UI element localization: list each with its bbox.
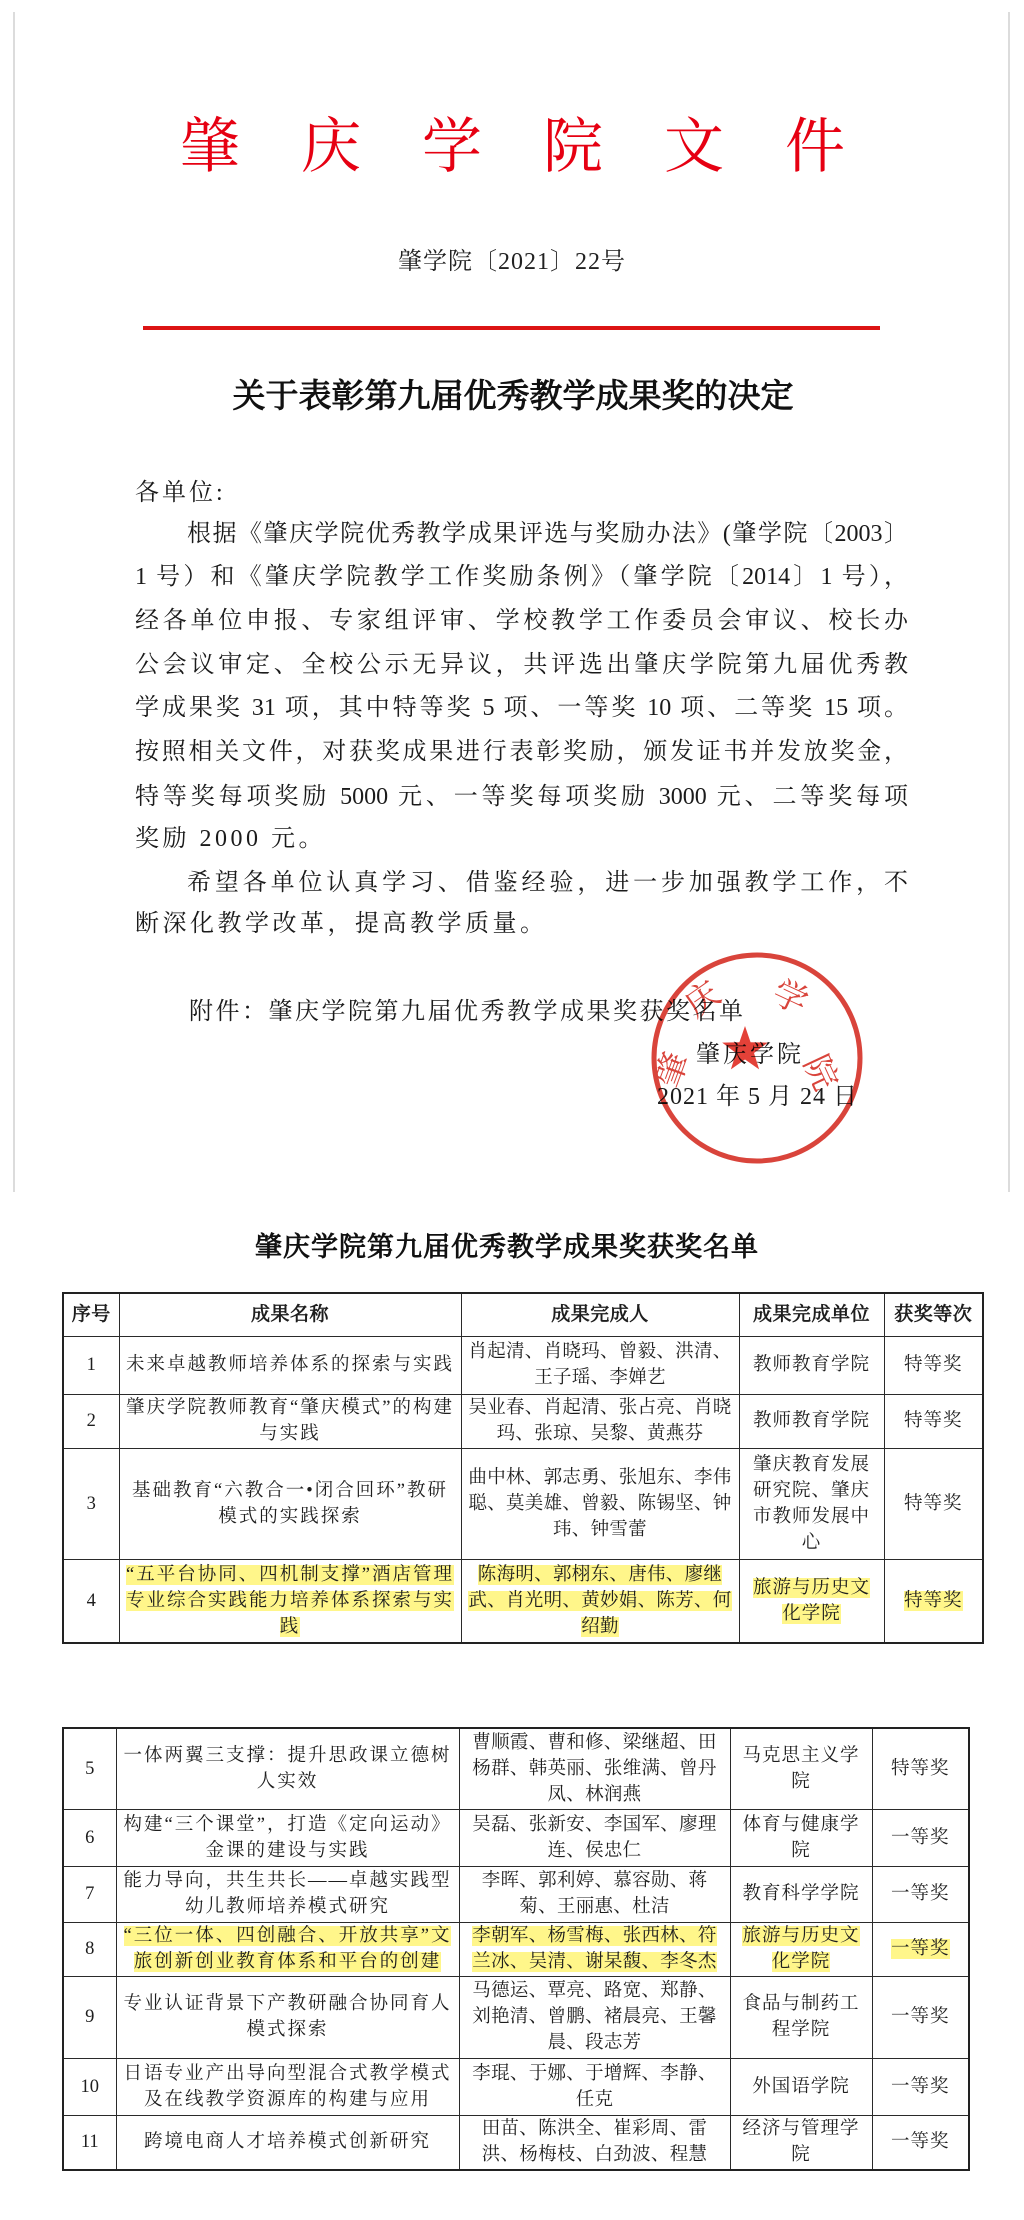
table-row: 7 能力导向，共生共长——卓越实践型幼儿教师培养模式研究 李晖、郭利婷、慕容勋、…: [63, 1866, 969, 1922]
award-table-part-1: 序号 成果名称 成果完成人 成果完成单位 获奖等次 1 未来卓越教师培养体系的探…: [62, 1292, 984, 1644]
paragraph-line: 经各单位申报、专家组评审、学校教学工作委员会审议、校长办: [135, 604, 908, 638]
cell-unit: 教师教育学院: [739, 1394, 884, 1448]
paragraph-line: 奖励 2000 元。: [135, 822, 326, 856]
paragraph-line: 1 号）和《肇庆学院教学工作奖励条例》（肇学院〔2014〕1 号），: [135, 560, 908, 594]
column-header-no: 序号: [63, 1293, 119, 1336]
cell-no: 4: [63, 1559, 119, 1643]
seal-star-icon: [722, 1026, 768, 1069]
table-row-highlighted: 4 “五平台协同、四机制支撑”酒店管理专业综合实践能力培养体系探索与实践 陈海明…: [63, 1559, 983, 1643]
cell-no: 8: [63, 1922, 116, 1976]
table-row: 5 一体两翼三支撑：提升思政课立德树人实效 曹顺霞、曹和修、梁继超、田杨群、韩英…: [63, 1728, 969, 1809]
red-divider-rule: [143, 326, 880, 330]
cell-name: “五平台协同、四机制支撑”酒店管理专业综合实践能力培养体系探索与实践: [119, 1559, 461, 1643]
table-row: 2 肇庆学院教师教育“肇庆模式”的构建与实践 吴业春、肖起清、张占亮、肖晓玛、张…: [63, 1394, 983, 1448]
cell-level: 特等奖: [884, 1336, 983, 1394]
column-header-authors: 成果完成人: [461, 1293, 739, 1336]
highlighted-text: 一等奖: [891, 1939, 950, 1959]
cell-no: 6: [63, 1809, 116, 1866]
highlighted-text: 陈海明、郭栩东、唐伟、廖继武、肖光明、黄妙娟、陈芳、何绍勤: [468, 1565, 731, 1637]
highlighted-text: 特等奖: [904, 1591, 963, 1611]
cell-authors: 田苗、陈洪全、崔彩周、雷洪、杨梅枝、白劲波、程慧: [459, 2115, 730, 2170]
cell-name: 跨境电商人才培养模式创新研究: [116, 2115, 459, 2170]
column-header-name: 成果名称: [119, 1293, 461, 1336]
cell-authors: 曲中林、郭志勇、张旭东、李伟聪、莫美雄、曾毅、陈锡坚、钟玮、钟雪蕾: [461, 1448, 739, 1559]
cell-authors: 李琨、于娜、于增辉、李静、任克: [459, 2058, 730, 2115]
cell-no: 1: [63, 1336, 119, 1394]
cell-level: 特等奖: [872, 1728, 969, 1809]
cell-authors: 吴业春、肖起清、张占亮、肖晓玛、张琼、吴黎、黄燕芬: [461, 1394, 739, 1448]
cell-unit: 教育科学学院: [730, 1866, 872, 1922]
cell-authors: 马德运、覃亮、路宽、郑静、刘艳清、曾鹏、褚晨亮、王馨晨、段志芳: [459, 1976, 730, 2058]
cell-name: 一体两翼三支撑：提升思政课立德树人实效: [116, 1728, 459, 1809]
issuer-title: 肇庆学院文件: [180, 111, 906, 183]
document-number: 肇学院〔2021〕22号: [0, 247, 1024, 277]
cell-no: 10: [63, 2058, 116, 2115]
cell-level: 一等奖: [872, 1866, 969, 1922]
cell-level: 特等奖: [884, 1394, 983, 1448]
cell-unit: 旅游与历史文化学院: [730, 1922, 872, 1976]
cell-level: 一等奖: [872, 1809, 969, 1866]
column-header-level: 获奖等次: [884, 1293, 983, 1336]
table-row: 1 未来卓越教师培养体系的探索与实践 肖起清、肖晓玛、曾毅、洪清、王子瑶、李婵艺…: [63, 1336, 983, 1394]
seal-char: 院: [796, 1049, 845, 1096]
cell-unit: 教师教育学院: [739, 1336, 884, 1394]
highlighted-text: 旅游与历史文化学院: [742, 1926, 859, 1972]
column-header-unit: 成果完成单位: [739, 1293, 884, 1336]
cell-name: “三位一体、四创融合、开放共享”文旅创新创业教育体系和平台的创建: [116, 1922, 459, 1976]
table-header-row: 序号 成果名称 成果完成人 成果完成单位 获奖等次: [63, 1293, 983, 1336]
table-row: 11 跨境电商人才培养模式创新研究 田苗、陈洪全、崔彩周、雷洪、杨梅枝、白劲波、…: [63, 2115, 969, 2170]
highlighted-text: “五平台协同、四机制支撑”酒店管理专业综合实践能力培养体系探索与实践: [126, 1565, 454, 1637]
table-row: 3 基础教育“六教合一•闭合回环”教研模式的实践探索 曲中林、郭志勇、张旭东、李…: [63, 1448, 983, 1559]
official-seal-icon: 肇 庆 学 院: [640, 945, 875, 1175]
cell-level: 一等奖: [872, 1976, 969, 2058]
cell-unit: 外国语学院: [730, 2058, 872, 2115]
cell-level: 一等奖: [872, 2058, 969, 2115]
page-left-edge: [13, 12, 15, 1192]
paragraph-line: 学成果奖 31 项，其中特等奖 5 项、一等奖 10 项、二等奖 15 项。: [135, 691, 908, 725]
cell-no: 9: [63, 1976, 116, 2058]
cell-name: 专业认证背景下产教研融合协同育人模式探索: [116, 1976, 459, 2058]
cell-name: 构建“三个课堂”，打造《定向运动》金课的建设与实践: [116, 1809, 459, 1866]
highlighted-text: “三位一体、四创融合、开放共享”文旅创新创业教育体系和平台的创建: [124, 1926, 452, 1972]
cell-unit: 经济与管理学院: [730, 2115, 872, 2170]
cell-no: 7: [63, 1866, 116, 1922]
cell-unit: 肇庆教育发展研究院、肇庆市教师发展中心: [739, 1448, 884, 1559]
paragraph-line: 按照相关文件，对获奖成果进行表彰奖励，颁发证书并发放奖金，: [135, 735, 908, 769]
paragraph-line: 特等奖每项奖励 5000 元、一等奖每项奖励 3000 元、二等奖每项: [135, 780, 908, 814]
table-row-highlighted: 8 “三位一体、四创融合、开放共享”文旅创新创业教育体系和平台的创建 李朝军、杨…: [63, 1922, 969, 1976]
cell-no: 11: [63, 2115, 116, 2170]
highlighted-text: 李朝军、杨雪梅、张西林、符兰冰、吴清、谢杲馥、李冬杰: [472, 1926, 716, 1972]
salutation: 各单位:: [135, 476, 226, 510]
cell-unit: 食品与制药工程学院: [730, 1976, 872, 2058]
document-title: 关于表彰第九届优秀教学成果奖的决定: [0, 377, 1024, 417]
cell-level: 特等奖: [884, 1448, 983, 1559]
paragraph-line: 断深化教学改革，提高教学质量。: [135, 907, 548, 941]
cell-name: 基础教育“六教合一•闭合回环”教研模式的实践探索: [119, 1448, 461, 1559]
paragraph-line: 公会议审定、全校公示无异议，共评选出肇庆学院第九届优秀教: [135, 648, 908, 682]
table-row: 6 构建“三个课堂”，打造《定向运动》金课的建设与实践 吴磊、张新安、李国军、廖…: [63, 1809, 969, 1866]
cell-no: 2: [63, 1394, 119, 1448]
cell-authors: 陈海明、郭栩东、唐伟、廖继武、肖光明、黄妙娟、陈芳、何绍勤: [461, 1559, 739, 1643]
cell-name: 肇庆学院教师教育“肇庆模式”的构建与实践: [119, 1394, 461, 1448]
cell-unit: 旅游与历史文化学院: [739, 1559, 884, 1643]
award-list-title: 肇庆学院第九届优秀教学成果奖获奖名单: [0, 1229, 1014, 1265]
cell-unit: 体育与健康学院: [730, 1809, 872, 1866]
page-right-edge: [1008, 12, 1010, 1192]
cell-authors: 吴磊、张新安、李国军、廖理连、侯忠仁: [459, 1809, 730, 1866]
seal-char: 学: [767, 973, 814, 1022]
cell-no: 5: [63, 1728, 116, 1809]
cell-authors: 李朝军、杨雪梅、张西林、符兰冰、吴清、谢杲馥、李冬杰: [459, 1922, 730, 1976]
cell-authors: 肖起清、肖晓玛、曾毅、洪清、王子瑶、李婵艺: [461, 1336, 739, 1394]
cell-level: 一等奖: [872, 2115, 969, 2170]
paragraph-line: 根据《肇庆学院优秀教学成果评选与奖励办法》(肇学院〔2003〕: [187, 517, 908, 551]
cell-authors: 李晖、郭利婷、慕容勋、蒋菊、王丽惠、杜洁: [459, 1866, 730, 1922]
cell-no: 3: [63, 1448, 119, 1559]
cell-name: 能力导向，共生共长——卓越实践型幼儿教师培养模式研究: [116, 1866, 459, 1922]
cell-level: 特等奖: [884, 1559, 983, 1643]
cell-level: 一等奖: [872, 1922, 969, 1976]
table-row: 10 日语专业产出导向型混合式教学模式及在线教学资源库的构建与应用 李琨、于娜、…: [63, 2058, 969, 2115]
highlighted-text: 旅游与历史文化学院: [753, 1578, 870, 1624]
cell-authors: 曹顺霞、曹和修、梁继超、田杨群、韩英丽、张维满、曾丹凤、林润燕: [459, 1728, 730, 1809]
award-table-part-2: 5 一体两翼三支撑：提升思政课立德树人实效 曹顺霞、曹和修、梁继超、田杨群、韩英…: [62, 1727, 970, 2171]
paragraph-line: 希望各单位认真学习、借鉴经验，进一步加强教学工作，不: [187, 866, 908, 900]
cell-unit: 马克思主义学院: [730, 1728, 872, 1809]
table-row: 9 专业认证背景下产教研融合协同育人模式探索 马德运、覃亮、路宽、郑静、刘艳清、…: [63, 1976, 969, 2058]
cell-name: 日语专业产出导向型混合式教学模式及在线教学资源库的构建与应用: [116, 2058, 459, 2115]
cell-name: 未来卓越教师培养体系的探索与实践: [119, 1336, 461, 1394]
